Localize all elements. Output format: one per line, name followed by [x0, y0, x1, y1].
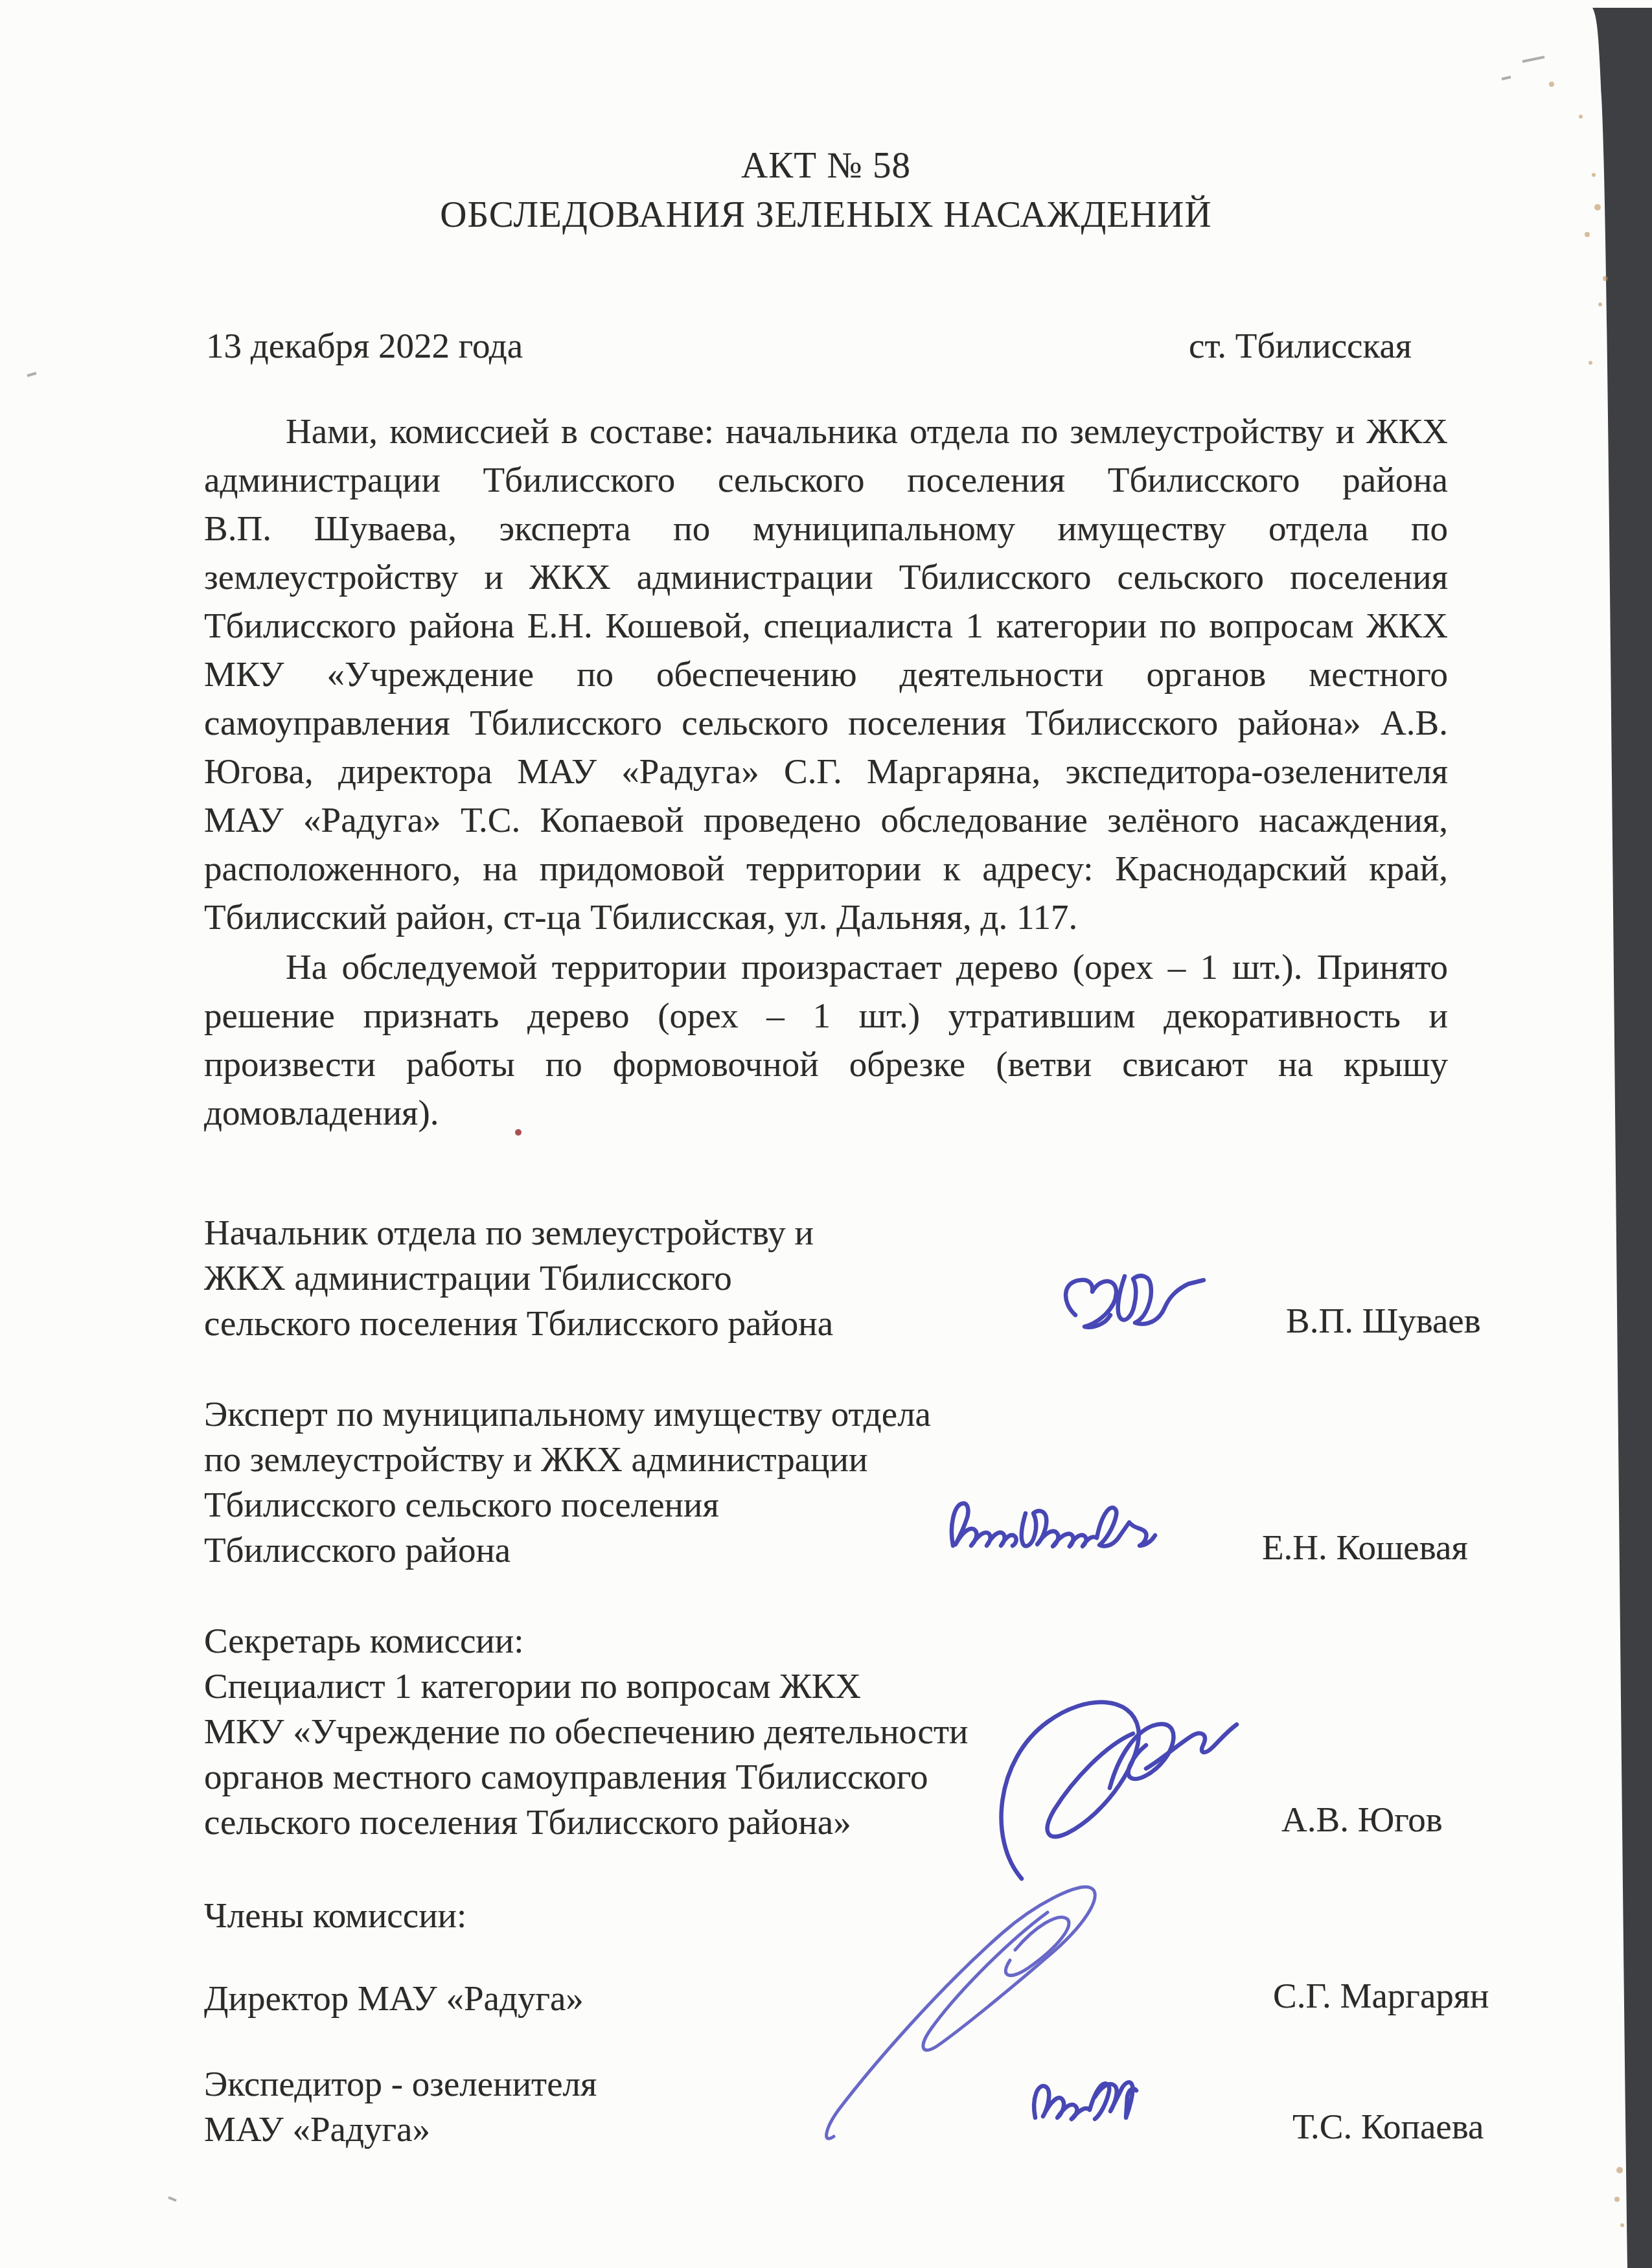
text-line: В.П. Шуваева, эксперта по муниципальному… [204, 504, 1448, 553]
role-kopaeva: Экспедитор - озеленителяМАУ «Радуга» [204, 2061, 597, 2152]
body-paragraph-1: Нами, комиссией в составе: начальника от… [204, 407, 1448, 941]
text-line: МКУ «Учреждение по обеспечению деятельно… [204, 650, 1448, 698]
text-line: МАУ «Радуга» Т.С. Копаевой проведено обс… [204, 796, 1448, 844]
text-line: по землеустройству и ЖКХ администрации [204, 1437, 931, 1482]
name-margaryan: С.Г. Маргарян [1273, 1976, 1489, 2016]
body-paragraph-2: На обследуемой территории произрастает д… [204, 943, 1448, 1137]
text-line: сельского поселения Тбилисского района» [204, 1800, 968, 1845]
name-kopaeva: Т.С. Копаева [1292, 2107, 1484, 2147]
text-line: самоуправления Тбилисского сельского пос… [204, 698, 1448, 747]
text-line: Югова, директора МАУ «Радуга» С.Г. Марга… [204, 747, 1448, 796]
text-line: Нами, комиссией в составе: начальника от… [204, 407, 1448, 455]
signature-stroke [1095, 2082, 1136, 2118]
role-shuvaev: Начальник отдела по землеустройству иЖКХ… [204, 1210, 833, 1346]
scanned-document-page: АКТ № 58 ОБСЛЕДОВАНИЯ ЗЕЛЕНЫХ НАСАЖДЕНИЙ… [0, 0, 1652, 2268]
shuvaev-signature-ink [1056, 1262, 1218, 1353]
signature-stroke [1118, 1276, 1204, 1323]
text-line: произвести работы по формовочной обрезке… [204, 1040, 1448, 1088]
members-heading: Члены комиссии: [204, 1893, 466, 1938]
signature-stroke [1146, 1724, 1237, 1769]
text-line: Тбилисского района Е.Н. Кошевой, специал… [204, 601, 1448, 650]
signature-stroke [1034, 2086, 1077, 2119]
koshevaya-signature-ink [943, 1487, 1182, 1562]
signature-stroke [1066, 1280, 1116, 1327]
yugov-signature-ink [981, 1683, 1247, 1897]
role-yugov: Секретарь комиссии:Специалист 1 категори… [204, 1618, 968, 1845]
text-line: Секретарь комиссии: [204, 1618, 968, 1664]
text-line: МКУ «Учреждение по обеспечению деятельно… [204, 1709, 968, 1754]
title-line-2: ОБСЛЕДОВАНИЯ ЗЕЛЕНЫХ НАСАЖДЕНИЙ [204, 190, 1448, 240]
rust-speckles [1549, 82, 1624, 2227]
text-line: Экспедитор - озеленителя [204, 2061, 597, 2107]
text-line: МАУ «Радуга» [204, 2107, 597, 2152]
text-line: сельского поселения Тбилисского района [204, 1301, 833, 1346]
document-title: АКТ № 58 ОБСЛЕДОВАНИЯ ЗЕЛЕНЫХ НАСАЖДЕНИЙ [204, 141, 1448, 240]
kopaeva-signature-ink [1024, 2057, 1147, 2138]
signature-stroke [1070, 1507, 1155, 1546]
text-line: На обследуемой территории произрастает д… [204, 943, 1448, 991]
text-line: расположенного, на придомовой территории… [204, 844, 1448, 893]
text-line: Эксперт по муниципальному имуществу отде… [204, 1392, 931, 1437]
scan-edge-strip [1592, 8, 1652, 2268]
text-line: Тбилисского сельского поселения [204, 1482, 931, 1528]
text-line: Тбилисский район, ст-ца Тбилисская, ул. … [204, 893, 1448, 941]
text-line: администрации Тбилисского сельского посе… [204, 455, 1448, 504]
document-date: 13 декабря 2022 года [206, 325, 523, 366]
signature-stroke [1022, 1511, 1073, 1546]
signature-stroke [952, 1504, 1016, 1546]
title-line-1: АКТ № 58 [204, 141, 1448, 190]
text-line: решение признать дерево (орех – 1 шт.) у… [204, 991, 1448, 1040]
signature-stroke [1005, 1918, 1069, 1976]
role-margaryan: Директор МАУ «Радуга» [204, 1976, 584, 2021]
name-koshevaya: Е.Н. Кошевая [1262, 1528, 1468, 1568]
text-line: Начальник отдела по землеустройству и [204, 1210, 833, 1255]
text-line: Специалист 1 категории по вопросам ЖКХ [204, 1664, 968, 1709]
signature-stroke [1110, 1724, 1173, 1788]
signature-stroke [1002, 1702, 1139, 1879]
signature-stroke [827, 1887, 1096, 2138]
text-line: Директор МАУ «Радуга» [204, 1976, 584, 2021]
signature-stroke [1072, 2083, 1109, 2119]
margaryan-signature-ink [820, 1871, 1124, 2146]
text-line: ЖКХ администрации Тбилисского [204, 1255, 833, 1301]
text-line: домовладения). [204, 1088, 1448, 1137]
name-yugov: А.В. Югов [1281, 1800, 1443, 1840]
text-line: органов местного самоуправления Тбилисск… [204, 1754, 968, 1800]
document-place: ст. Тбилисская [1189, 325, 1412, 366]
name-shuvaev: В.П. Шуваев [1286, 1301, 1481, 1341]
text-line: землеустройству и ЖКХ администрации Тбил… [204, 553, 1448, 601]
role-koshevaya: Эксперт по муниципальному имуществу отде… [204, 1392, 931, 1573]
text-line: Тбилисского района [204, 1528, 931, 1573]
